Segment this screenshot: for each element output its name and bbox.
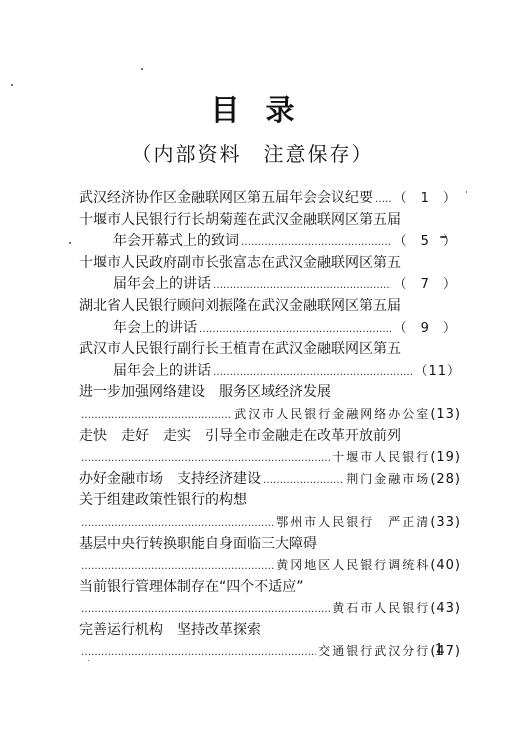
toc-entry-author: 十堰市人民银行	[332, 447, 430, 469]
toc-entry-title: 届年会上的讲话	[113, 274, 211, 296]
toc-entry[interactable]: 办好金融市场 支持经济建设 荆门金融市场 (28)	[79, 469, 461, 491]
toc-entry-page: (28)	[430, 469, 461, 491]
toc-entry-title: 当前银行管理体制存在“四个不适应”	[79, 577, 304, 599]
toc-entry-author: 黄冈地区人民银行调统科	[276, 555, 430, 577]
toc-entry-source[interactable]: 黄冈地区人民银行调统科 (40)	[79, 555, 461, 577]
toc-entry-continuation[interactable]: 届年会上的讲话 （11）	[79, 361, 461, 383]
toc-entry[interactable]: 武汉经济协作区金融联网区第五届年会会议纪要 （ 1 ）	[79, 188, 461, 210]
dot-leader	[81, 642, 316, 663]
dot-leader	[81, 513, 274, 534]
toc-entry-title: 基层中央行转换职能自身面临三大障碍	[79, 534, 317, 556]
dot-leader	[241, 232, 391, 253]
page-subtitle: （内部资料 注意保存）	[0, 138, 505, 167]
dot-leader	[213, 362, 412, 383]
dot-leader	[81, 448, 330, 469]
toc-entry-page: （11）	[414, 361, 461, 383]
toc-entry-page: (19)	[430, 447, 461, 469]
toc-entry-page: （ 7 ）	[393, 274, 461, 296]
toc-entry-page: (33)	[430, 512, 461, 534]
scan-speck	[88, 660, 89, 661]
toc-entry-continuation[interactable]: 年会上的讲话 （ 9 ）	[79, 318, 461, 340]
toc-entry-title: 湖北省人民银行顾问刘振隆在武汉金融联网区第五届	[79, 296, 401, 318]
toc-entry-title: 武汉经济协作区金融联网区第五届年会会议纪要	[79, 188, 373, 210]
toc-entry-page: (13)	[430, 404, 461, 426]
toc-entry[interactable]: 武汉市人民银行副行长王植青在武汉金融联网区第五	[79, 339, 461, 361]
toc-entry-author: 武汉市人民银行金融网络办公室	[234, 404, 430, 426]
scan-speck	[440, 236, 447, 238]
toc-entry-title: 十堰市人民银行行长胡菊莲在武汉金融联网区第五届	[79, 210, 401, 232]
dot-leader	[199, 319, 391, 340]
toc-entry-source[interactable]: 武汉市人民银行金融网络办公室 (13)	[79, 404, 461, 426]
toc-entry-author: 荆门金融市场	[346, 469, 430, 491]
dot-leader	[81, 405, 232, 426]
toc-entry[interactable]: 当前银行管理体制存在“四个不适应”	[79, 577, 461, 599]
toc-entry[interactable]: 完善运行机构 坚持改革探索	[79, 620, 461, 642]
toc-entry[interactable]: 走快 走好 走实 引导全市金融走在改革开放前列	[79, 426, 461, 448]
toc-entry-page: (43)	[430, 598, 461, 620]
scan-speck	[69, 242, 71, 244]
toc-entry-title: 关于组建政策性银行的构想	[79, 490, 247, 512]
toc-entry[interactable]: 十堰市人民政府副市长张富志在武汉金融联网区第五	[79, 253, 461, 275]
dot-leader	[81, 599, 330, 620]
toc-entry[interactable]: 十堰市人民银行行长胡菊莲在武汉金融联网区第五届	[79, 210, 461, 232]
toc-entry[interactable]: 关于组建政策性银行的构想	[79, 490, 461, 512]
toc-entry-source[interactable]: 鄂州市人民银行 严正清 (33)	[79, 512, 461, 534]
toc-entry[interactable]: 湖北省人民银行顾问刘振隆在武汉金融联网区第五届	[79, 296, 461, 318]
toc-entry-title: 办好金融市场 支持经济建设	[79, 469, 261, 491]
toc-entry-page: （ 9 ）	[393, 318, 461, 340]
toc-entry-continuation[interactable]: 届年会上的讲话 （ 7 ）	[79, 274, 461, 296]
toc-entry-author: 鄂州市人民银行 严正清	[276, 512, 430, 534]
table-of-contents: 武汉经济协作区金融联网区第五届年会会议纪要 （ 1 ） 十堰市人民银行行长胡菊莲…	[79, 188, 461, 663]
toc-entry-author: 黄石市人民银行	[332, 598, 430, 620]
scan-speck	[466, 191, 467, 193]
page-number: 1	[434, 640, 444, 659]
dot-leader	[263, 470, 344, 491]
scan-speck	[141, 68, 143, 70]
page-title: 目录	[0, 88, 505, 129]
toc-entry-page: （ 1 ）	[393, 188, 461, 210]
toc-entry-title: 完善运行机构 坚持改革探索	[79, 620, 261, 642]
toc-entry-title: 届年会上的讲话	[113, 361, 211, 383]
toc-entry-title: 十堰市人民政府副市长张富志在武汉金融联网区第五	[79, 253, 401, 275]
toc-entry-page: (40)	[430, 555, 461, 577]
toc-entry-continuation[interactable]: 年会开幕式上的致词 （ 5 ）	[79, 231, 461, 253]
toc-entry-title: 年会开幕式上的致词	[113, 231, 239, 253]
toc-entry-title: 武汉市人民银行副行长王植青在武汉金融联网区第五	[79, 339, 401, 361]
toc-entry-author: 交通银行武汉分行	[318, 641, 430, 663]
toc-entry-title: 走快 走好 走实 引导全市金融走在改革开放前列	[79, 426, 401, 448]
toc-entry-page: （ 5 ）	[393, 231, 461, 253]
toc-entry-source[interactable]: 交通银行武汉分行 (47)	[79, 641, 461, 663]
toc-entry[interactable]: 进一步加强网络建设 服务区域经济发展	[79, 382, 461, 404]
dot-leader	[81, 556, 274, 577]
toc-entry-source[interactable]: 黄石市人民银行 (43)	[79, 598, 461, 620]
dot-leader	[213, 275, 391, 296]
scan-speck	[11, 84, 13, 86]
document-page: 目录 （内部资料 注意保存） 武汉经济协作区金融联网区第五届年会会议纪要 （ 1…	[0, 0, 505, 746]
toc-entry[interactable]: 基层中央行转换职能自身面临三大障碍	[79, 534, 461, 556]
toc-entry-title: 年会上的讲话	[113, 318, 197, 340]
toc-entry-title: 进一步加强网络建设 服务区域经济发展	[79, 382, 331, 404]
toc-entry-source[interactable]: 十堰市人民银行 (19)	[79, 447, 461, 469]
dot-leader	[375, 189, 391, 210]
